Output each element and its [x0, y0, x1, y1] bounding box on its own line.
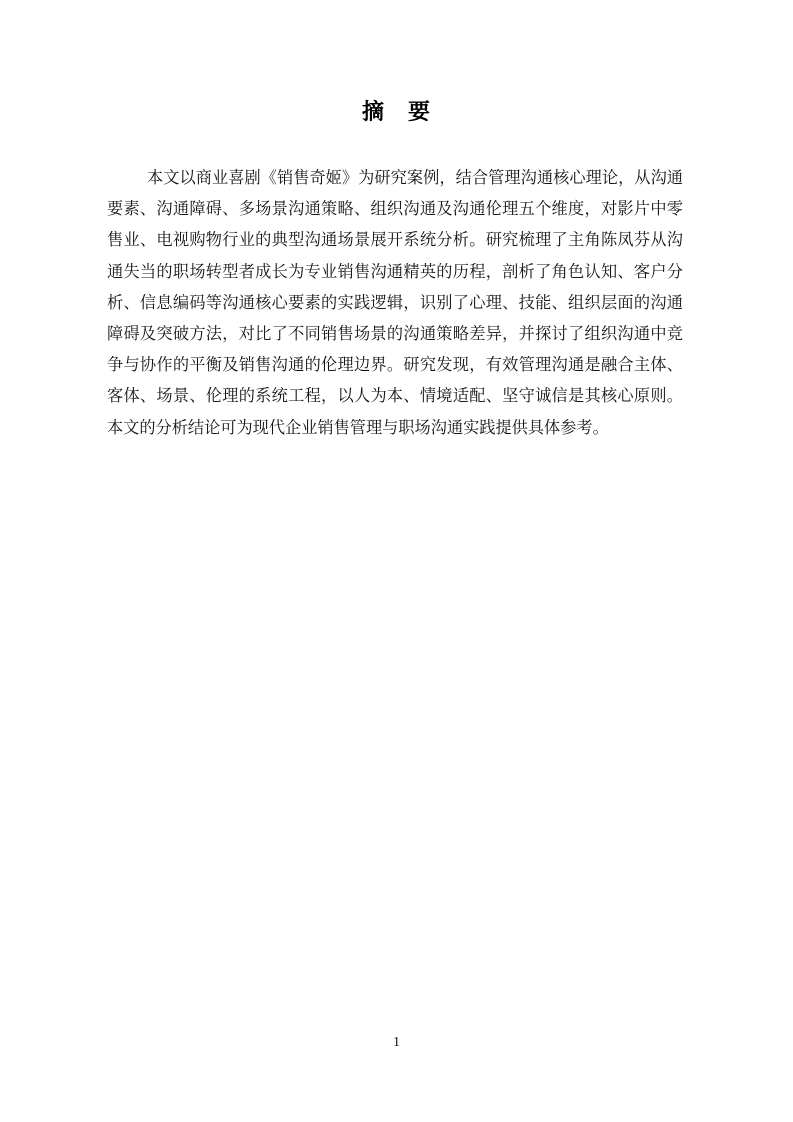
document-page: 摘 要 本文以商业喜剧《销售奇姬》为研究案例，结合管理沟通核心理论，从沟通要素、… — [0, 0, 793, 1122]
abstract-paragraph: 本文以商业喜剧《销售奇姬》为研究案例，结合管理沟通核心理论，从沟通要素、沟通障碍… — [107, 163, 683, 444]
page-number: 1 — [0, 1034, 793, 1052]
page-title: 摘 要 — [0, 99, 793, 125]
